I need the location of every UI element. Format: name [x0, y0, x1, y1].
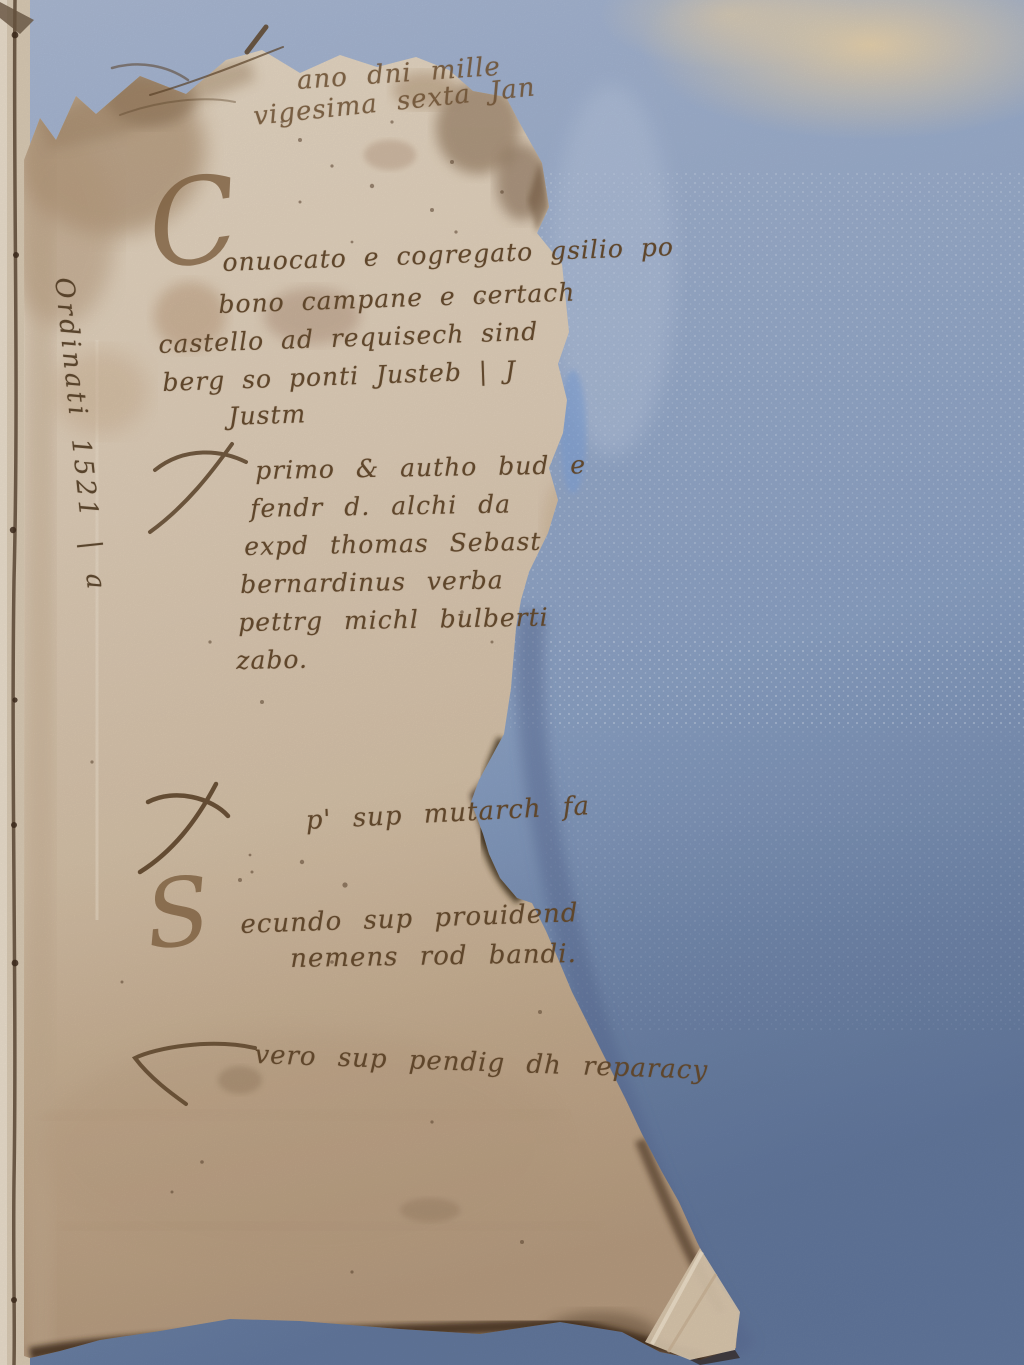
paragraph-2-line: fendr d. alchi da	[250, 489, 511, 523]
initial-letter-s: S	[142, 873, 214, 955]
paragraph-2-line: bernardinus verba	[240, 565, 504, 599]
paragraph-1-line: bono campane e certach	[218, 278, 576, 319]
item-3-line: vero sup pendig dh reparacy	[254, 1040, 709, 1086]
item-2-line: nemens rod bandi.	[290, 939, 577, 974]
paragraph-1-line: berg so ponti Justeb | J	[162, 356, 517, 397]
paragraph-2-line: primo & autho bud e	[255, 450, 586, 485]
paragraph-2-line: zabo.	[236, 645, 308, 675]
paragraph-1-line: Justm	[228, 399, 307, 431]
margin-note-ordinati-1521: Ordinati 1521 | a	[48, 276, 111, 594]
paragraph-1-line: castello ad requisech sind	[158, 317, 539, 359]
handwriting-layer: Ordinati 1521 | a ano dni mille vigesima…	[0, 0, 1024, 1365]
item-2-line: ecundo sup prouidend	[240, 898, 579, 940]
paragraph-2-line: pettrg michl bulberti	[238, 603, 549, 637]
manuscript-photo: Ordinati 1521 | a ano dni mille vigesima…	[0, 0, 1024, 1365]
item-1-line: p' sup mutarch fa	[305, 791, 591, 836]
paragraph-1-line: onuocato e cogregato gsilio po	[222, 232, 674, 277]
paragraph-2-line: expd thomas Sebast	[244, 527, 542, 561]
